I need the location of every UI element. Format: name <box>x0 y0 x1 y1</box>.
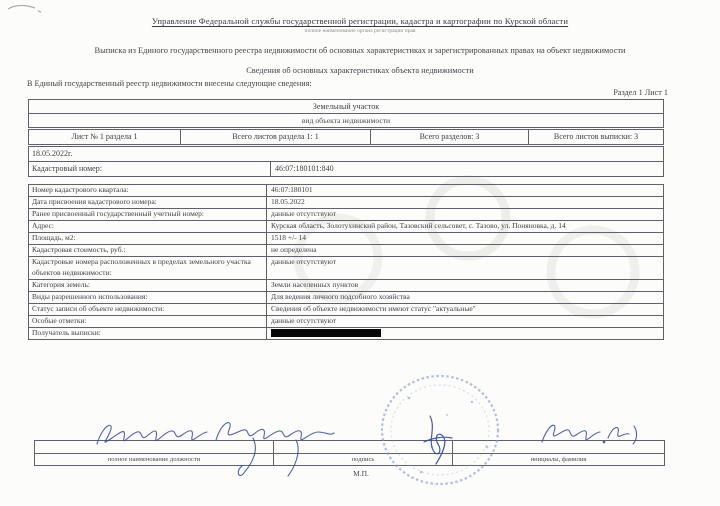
row-value: 18.05.2022 <box>267 197 663 208</box>
section-sheet-label: Раздел 1 Лист 1 <box>613 88 668 97</box>
signature-caption-row: полное наименование должности подпись ин… <box>35 454 664 465</box>
signature-table: полное наименование должности подпись ин… <box>34 440 665 466</box>
sheet-cell: Лист № 1 раздела 1 <box>29 130 181 144</box>
org-name-caption: полное наименование органа регистрации п… <box>0 28 720 34</box>
row-label: Особые отметки: <box>29 316 267 327</box>
sheet-cell: Всего листов выписки: 3 <box>529 130 663 144</box>
round-stamp-icon <box>382 376 498 484</box>
cadastral-number-value: 46:07:180101:840 <box>271 162 663 176</box>
table-row: Особые отметки: данные отсутствуют <box>29 316 663 328</box>
row-label: Виды разрешенного использования: <box>29 292 267 303</box>
cadastral-number-table: 18.05.2022г. Кадастровый номер: 46:07:18… <box>28 146 664 177</box>
table-row: Кадастровые номера расположенных в преде… <box>29 257 663 280</box>
intro-line: В Единый государственный реестр недвижим… <box>27 79 312 88</box>
initials-cell <box>453 441 664 453</box>
row-value: Курская область, Золотухинский район, Та… <box>267 221 663 232</box>
object-kind-value: Земельный участок <box>29 100 663 114</box>
row-label: Ранее присвоенный государственный учетны… <box>29 209 267 220</box>
table-row: Кадастровый номер: 46:07:180101:840 <box>29 162 663 176</box>
row-label: Статус записи об объекте недвижимости: <box>29 304 267 315</box>
org-name-header: Управление Федеральной службы государств… <box>0 16 720 26</box>
row-value: не определена <box>267 245 663 256</box>
details-table: Номер кадастрового квартала: 46:07:18010… <box>28 184 664 340</box>
row-label: Адрес: <box>29 221 267 232</box>
table-row: Виды разрешенного использования: Для вед… <box>29 292 663 304</box>
row-value <box>267 328 663 339</box>
row-label: Кадастровый номер: <box>29 162 271 176</box>
signature-handwriting-row <box>35 441 664 454</box>
row-label: Категория земель: <box>29 280 267 291</box>
row-value: 46:07:180101 <box>267 185 663 196</box>
table-row: Кадастровая стоимость, руб.: не определе… <box>29 245 663 257</box>
role-caption: полное наименование должности <box>35 454 274 465</box>
table-row: Площадь, м2: 1518 +/- 14 <box>29 233 663 245</box>
table-row: Номер кадастрового квартала: 46:07:18010… <box>29 185 663 197</box>
extract-date: 18.05.2022г. <box>29 147 663 162</box>
sheet-info-row: Лист № 1 раздела 1 Всего листов раздела … <box>28 129 664 145</box>
object-kind-caption: вид объекта недвижимости <box>29 114 663 127</box>
document-page: Управление Федеральной службы государств… <box>0 0 720 506</box>
table-row: Получатель выписки: <box>29 328 663 339</box>
object-kind-table: Земельный участок вид объекта недвижимос… <box>28 99 664 128</box>
signature-cell <box>274 441 453 453</box>
row-label: Дата присвоения кадастрового номера: <box>29 197 267 208</box>
table-row: Категория земель: Земли населенных пункт… <box>29 280 663 292</box>
row-value: Для ведения личного подсобного хозяйства <box>267 292 663 303</box>
table-row: Ранее присвоенный государственный учетны… <box>29 209 663 221</box>
signature-caption: подпись <box>274 454 453 465</box>
row-label: Получатель выписки: <box>29 328 267 339</box>
table-row: Статус записи об объекте недвижимости: С… <box>29 304 663 316</box>
row-label: Кадастровые номера расположенных в преде… <box>29 257 267 279</box>
row-value: данные отсутствуют <box>267 209 663 220</box>
sheet-cell: Всего листов раздела 1: 1 <box>181 130 371 144</box>
row-value: 1518 +/- 14 <box>267 233 663 244</box>
document-title: Выписка из Единого государственного реес… <box>0 46 720 55</box>
pen-mark <box>8 6 41 13</box>
stamp-place-mark: М.П. <box>341 469 381 478</box>
row-value: Сведения об объекте недвижимости имеют с… <box>267 304 663 315</box>
row-label: Номер кадастрового квартала: <box>29 185 267 196</box>
row-value: Земли населенных пунктов <box>267 280 663 291</box>
table-row: Дата присвоения кадастрового номера: 18.… <box>29 197 663 209</box>
document-subtitle: Сведения об основных характеристиках объ… <box>0 66 720 75</box>
role-handwriting-cell <box>35 441 274 453</box>
row-label: Площадь, м2: <box>29 233 267 244</box>
initials-caption: инициалы, фамилия <box>453 454 664 465</box>
sheet-cell: Всего разделов: 3 <box>371 130 529 144</box>
row-value: данные отсутствуют <box>267 316 663 327</box>
redacted-recipient-value <box>271 329 381 337</box>
table-row: Адрес: Курская область, Золотухинский ра… <box>29 221 663 233</box>
row-value: данные отсутствуют <box>267 257 663 279</box>
row-label: Кадастровая стоимость, руб.: <box>29 245 267 256</box>
